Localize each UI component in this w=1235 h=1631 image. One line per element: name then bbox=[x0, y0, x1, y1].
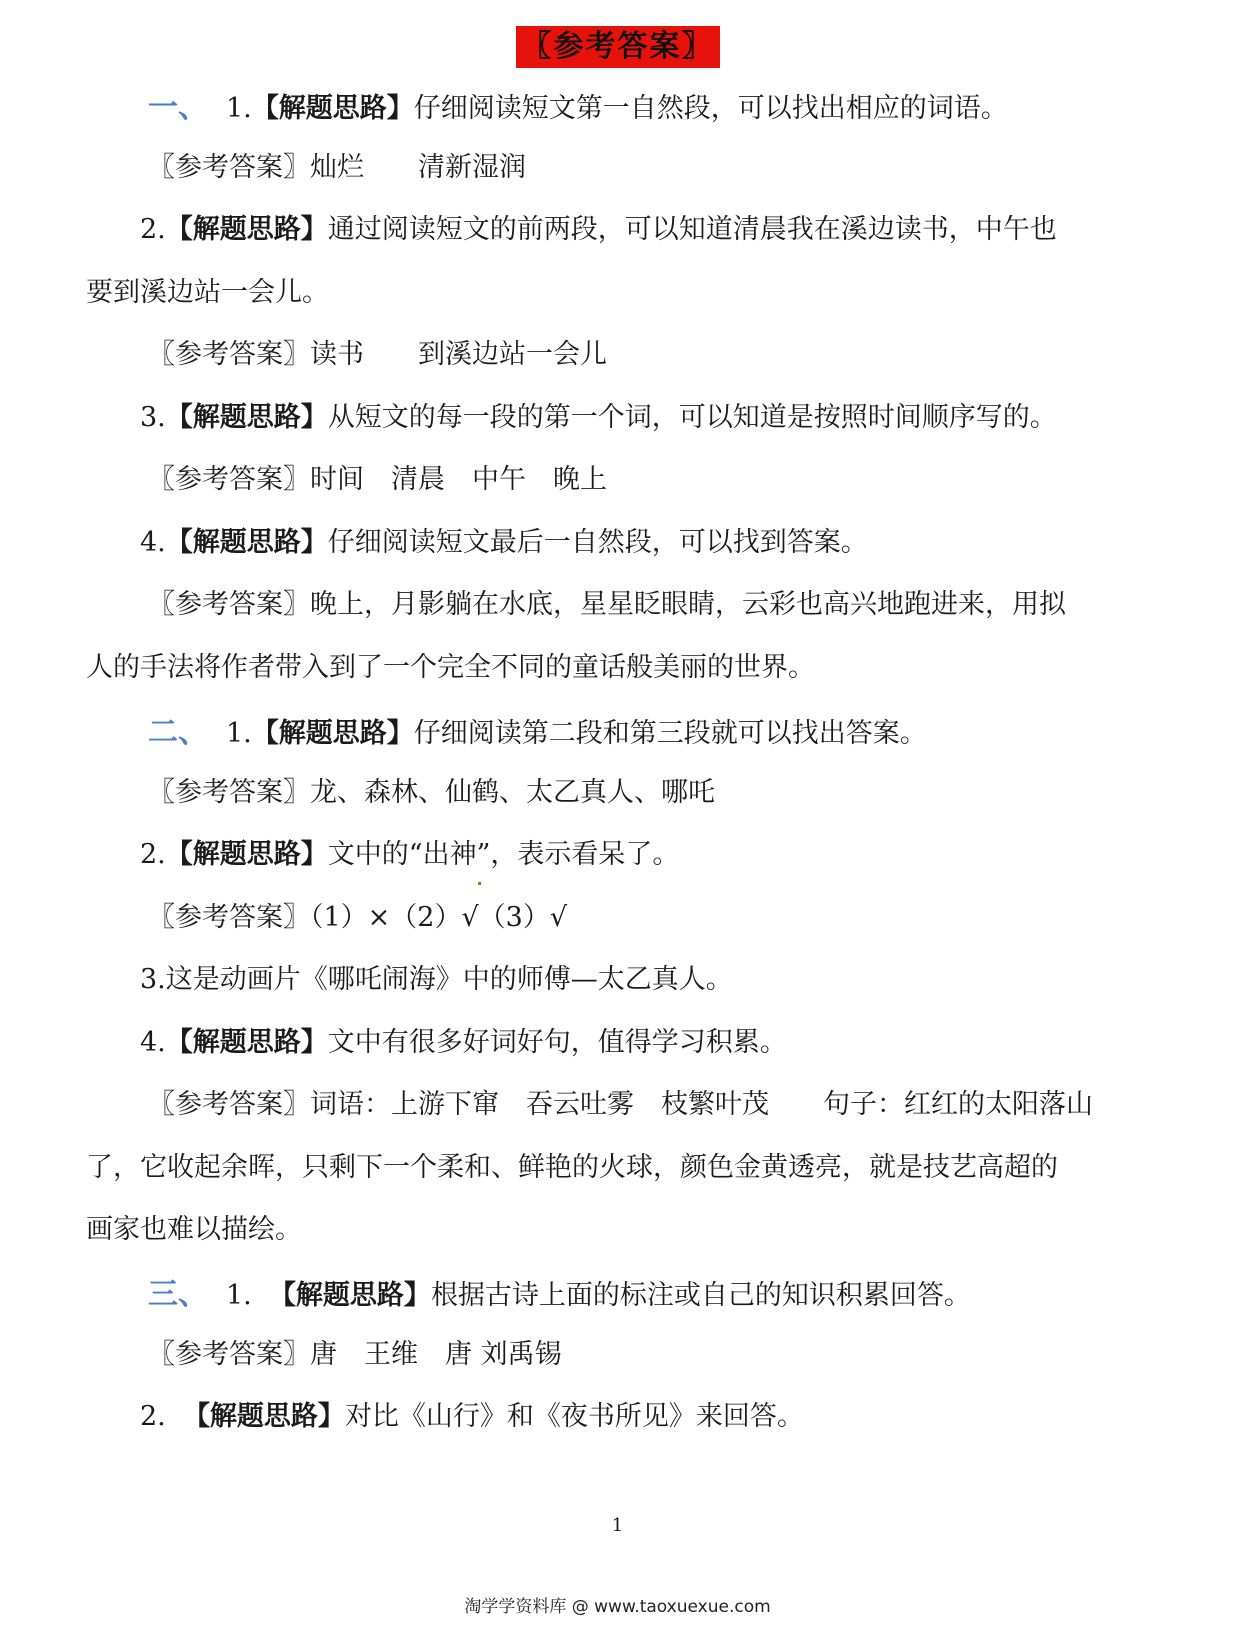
footer-watermark: 淘学学资料库 @ www.taoxuexue.com bbox=[0, 1592, 1235, 1617]
s1-q4-hint: 4.【解题思路】仔细阅读短文最后一自然段，可以找到答案。 bbox=[140, 523, 868, 563]
hint-text: 仔细阅读短文最后一自然段，可以找到答案。 bbox=[328, 527, 868, 558]
section-numeral-2: 二、 bbox=[148, 713, 208, 753]
hint-tag: 【解题思路】 bbox=[269, 1280, 431, 1311]
s2-q4-answer-cont2: 画家也难以描绘。 bbox=[86, 1210, 302, 1250]
page-number: 1 bbox=[0, 1515, 1235, 1536]
hint-text: 从短文的每一段的第一个词，可以知道是按照时间顺序写的。 bbox=[328, 402, 1057, 433]
question-number: 1. bbox=[226, 718, 252, 749]
s2-q2-hint: 2.【解题思路】文中的“出神”，表示看呆了。 bbox=[140, 835, 679, 875]
hint-text: 文中的“出神”，表示看呆了。 bbox=[328, 839, 680, 870]
section-numeral-3: 三、 bbox=[148, 1275, 208, 1315]
hint-text: 通过阅读短文的前两段，可以知道清晨我在溪边读书，中午也 bbox=[328, 214, 1057, 245]
question-number: 3. bbox=[140, 402, 166, 433]
s1-q2-hint: 2.【解题思路】通过阅读短文的前两段，可以知道清晨我在溪边读书，中午也 bbox=[140, 210, 1057, 250]
hint-tag: 【解题思路】 bbox=[166, 1027, 328, 1058]
s2-q4-answer-cont1: 了，它收起余晖，只剩下一个柔和、鲜艳的火球，颜色金黄透亮，就是技艺高超的 bbox=[86, 1148, 1058, 1188]
hint-text: 对比《山行》和《夜书所见》来回答。 bbox=[345, 1401, 804, 1432]
hint-tag: 【解题思路】 bbox=[252, 718, 414, 749]
question-number: 2. bbox=[140, 214, 166, 245]
s1-q1-hint: 一、1.【解题思路】仔细阅读短文第一自然段，可以找出相应的词语。 bbox=[148, 88, 1008, 129]
s3-q2-hint: 2. 【解题思路】对比《山行》和《夜书所见》来回答。 bbox=[140, 1397, 804, 1437]
hint-tag: 【解题思路】 bbox=[166, 402, 328, 433]
s2-q4-hint: 4.【解题思路】文中有很多好词好句，值得学习积累。 bbox=[140, 1023, 787, 1063]
s1-q2-hint-cont: 要到溪边站一会儿。 bbox=[86, 273, 329, 313]
s1-q3-hint: 3.【解题思路】从短文的每一段的第一个词，可以知道是按照时间顺序写的。 bbox=[140, 398, 1057, 438]
hint-tag: 【解题思路】 bbox=[166, 527, 328, 558]
question-number: 2. bbox=[140, 839, 166, 870]
hint-tag: 【解题思路】 bbox=[183, 1401, 345, 1432]
question-number: 4. bbox=[140, 527, 166, 558]
hint-tag: 【解题思路】 bbox=[252, 93, 414, 124]
s1-q1-answer: 〖参考答案〗灿烂 清新湿润 bbox=[148, 148, 526, 188]
s2-q4-answer: 〖参考答案〗词语：上游下窜 吞云吐雾 枝繁叶茂 句子：红红的太阳落山 bbox=[148, 1085, 1093, 1125]
hint-tag: 【解题思路】 bbox=[166, 839, 328, 870]
s1-q4-answer-cont: 人的手法将作者带入到了一个完全不同的童话般美丽的世界。 bbox=[86, 648, 815, 688]
s1-q2-answer: 〖参考答案〗读书 到溪边站一会儿 bbox=[148, 335, 607, 375]
s3-q1-hint: 三、1. 【解题思路】根据古诗上面的标注或自己的知识积累回答。 bbox=[148, 1275, 971, 1316]
s3-q1-answer: 〖参考答案〗唐 王维 唐 刘禹锡 bbox=[148, 1335, 562, 1375]
question-number: 4. bbox=[140, 1027, 166, 1058]
stray-mark bbox=[478, 882, 481, 885]
s2-q1-answer: 〖参考答案〗龙、森林、仙鹤、太乙真人、哪吒 bbox=[148, 773, 715, 813]
s1-q4-answer: 〖参考答案〗晚上，月影躺在水底，星星眨眼睛，云彩也高兴地跑进来，用拟 bbox=[148, 585, 1066, 625]
question-number: 1. bbox=[226, 93, 252, 124]
answer-key-title: 〖参考答案〗 bbox=[516, 26, 720, 68]
s2-q2-answer: 〖参考答案〗（1）×（2）√（3）√ bbox=[148, 898, 567, 938]
title-container: 〖参考答案〗 bbox=[0, 26, 1235, 68]
s1-q3-answer: 〖参考答案〗时间 清晨 中午 晚上 bbox=[148, 460, 607, 500]
hint-text: 仔细阅读第二段和第三段就可以找出答案。 bbox=[414, 718, 927, 749]
section-numeral-1: 一、 bbox=[148, 88, 208, 128]
hint-text: 仔细阅读短文第一自然段，可以找出相应的词语。 bbox=[414, 93, 1008, 124]
hint-tag: 【解题思路】 bbox=[166, 214, 328, 245]
hint-text: 文中有很多好词好句，值得学习积累。 bbox=[328, 1027, 787, 1058]
question-number: 2. bbox=[140, 1401, 166, 1432]
hint-text: 根据古诗上面的标注或自己的知识积累回答。 bbox=[431, 1280, 971, 1311]
s2-q1-hint: 二、1.【解题思路】仔细阅读第二段和第三段就可以找出答案。 bbox=[148, 713, 927, 754]
s2-q3: 3.这是动画片《哪吒闹海》中的师傅—太乙真人。 bbox=[140, 960, 733, 1000]
question-number: 1. bbox=[226, 1280, 252, 1311]
